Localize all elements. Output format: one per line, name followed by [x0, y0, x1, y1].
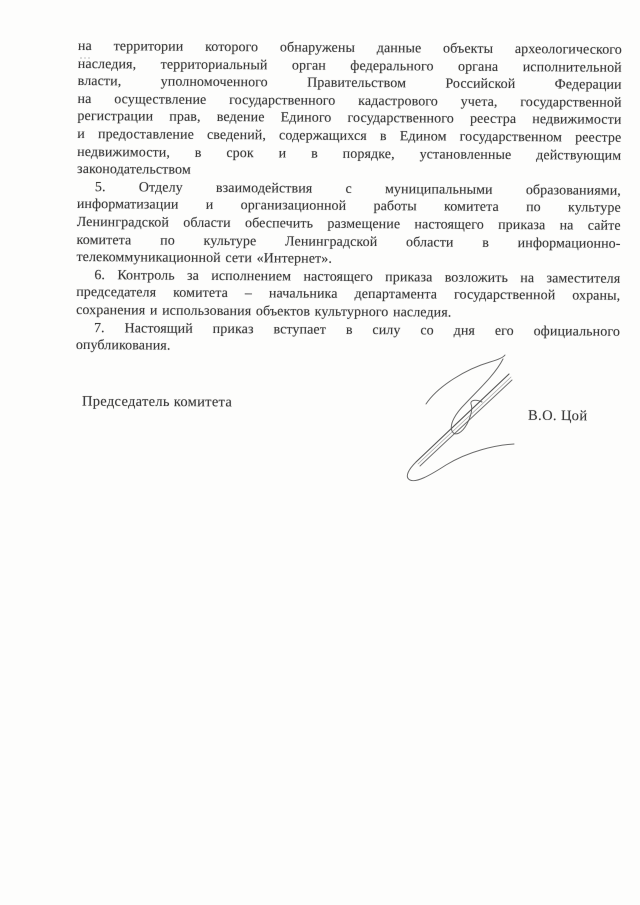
document-page: на территории которого обнаружены данные…	[0, 0, 640, 905]
text-line: опубликования.	[76, 337, 620, 358]
signatory-name: В.О. Цой	[528, 408, 588, 426]
document-body: на территории которого обнаружены данные…	[76, 38, 622, 358]
handwritten-signature-icon	[400, 348, 530, 488]
paragraph-item-7: 7. Настоящий приказ вступает в силу со д…	[76, 319, 620, 358]
signatory-title: Председатель комитета	[82, 394, 232, 412]
paragraph-item-5: 5. Отделу взаимодействия с муниципальным…	[76, 179, 621, 271]
paragraph-continuation: на территории которого обнаружены данные…	[77, 38, 622, 183]
scan-artifact	[80, 57, 90, 59]
paragraph-item-6: 6. Контроль за исполнением настоящего пр…	[76, 267, 620, 324]
